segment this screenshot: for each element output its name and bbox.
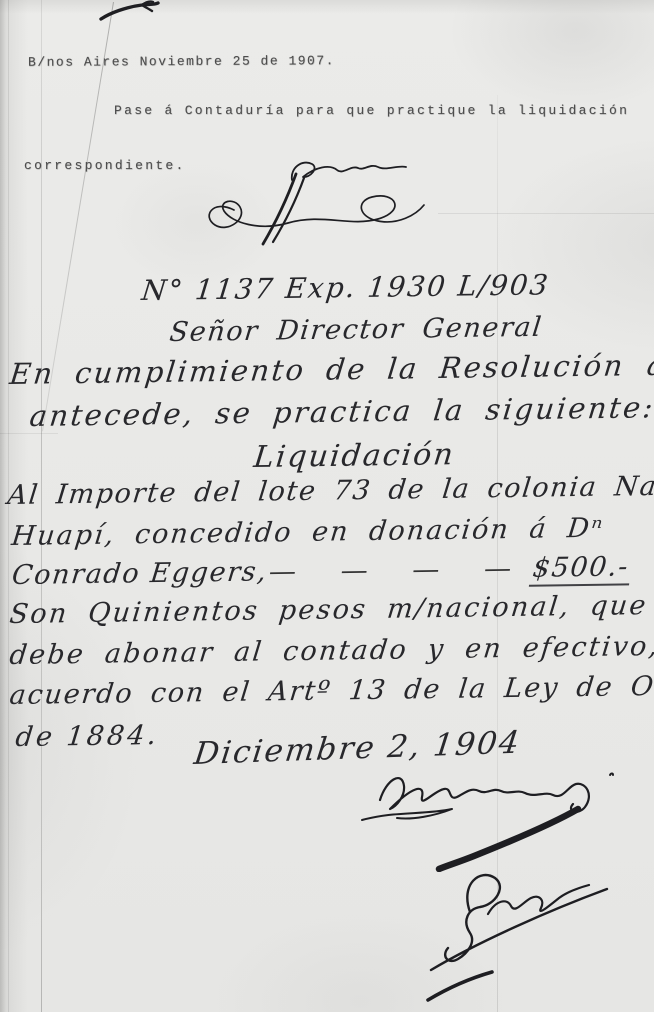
final-initials-signature xyxy=(418,860,620,1008)
fold-crease-horizontal-left xyxy=(0,433,58,434)
scanned-document-page: B/nos Aires Noviembre 25 de 1907. Pase á… xyxy=(0,0,654,1012)
resolution-signature xyxy=(200,156,428,248)
entry-amount-row: Conrado Eggers, — — — — $500.- xyxy=(10,551,633,594)
body-line-4: debe abonar al contado y en efectivo, de xyxy=(8,630,654,671)
entry-line-2: Huapí, concedido en donación á Dⁿ xyxy=(10,513,606,552)
typed-body-line2: correspondiente. xyxy=(24,158,186,173)
entry-dash-fill: — — — — xyxy=(266,553,533,588)
typed-dateline: B/nos Aires Noviembre 25 de 1907. xyxy=(28,53,335,70)
entry-payee: Conrado Eggers, xyxy=(10,556,269,591)
body-line-6: de 1884. xyxy=(14,720,161,753)
body-line-2: antecede, se practica la siguiente: xyxy=(28,390,654,433)
body-line-3: Son Quinientos pesos m/nacional, que xyxy=(8,590,649,630)
liquidation-signature xyxy=(352,756,644,872)
file-reference: N° 1137 Exp. 1930 L/903 xyxy=(140,268,551,307)
body-line-1: En cumplimiento de la Resolución que xyxy=(8,347,654,391)
entry-line-1: Al Importe del lote 73 de la colonia Nah… xyxy=(6,470,654,511)
entry-amount: $500.- xyxy=(529,551,633,586)
body-line-5: acuerdo con el Artº 13 de la Ley de Octu… xyxy=(8,669,654,711)
typed-body-line1: Pase á Contaduría para que practique la … xyxy=(114,103,629,118)
corner-ink-mark xyxy=(98,0,164,22)
salutation: Señor Director General xyxy=(168,312,544,348)
fold-crease-horizontal xyxy=(438,213,654,214)
section-heading: Liquidación xyxy=(252,437,457,475)
